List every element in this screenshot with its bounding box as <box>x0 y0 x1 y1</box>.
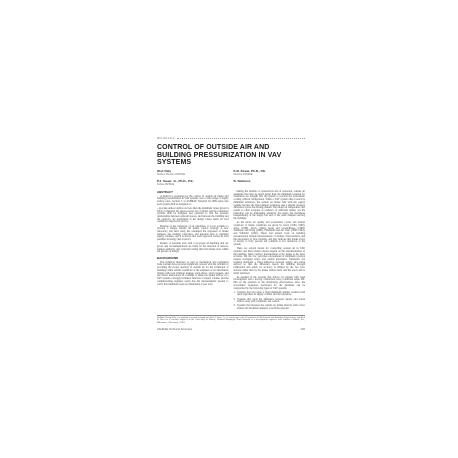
author-entry: W.H. Daly Student Member ASHRAE <box>157 170 229 176</box>
item-text: Systems that track the difference betwee… <box>237 299 305 304</box>
abstract-paragraph: Results of transient tests with a protot… <box>157 243 229 254</box>
footer-journal: ASHRAE Technical Seminars <box>157 328 192 331</box>
left-column: ABSTRACT A method is presented for the c… <box>157 191 229 312</box>
body-paragraph: As detailed in the sections that follow,… <box>234 277 306 291</box>
page-footer: ASHRAE Technical Seminars 425 <box>157 328 305 331</box>
page-number: 425 <box>301 328 305 331</box>
author-entry: P.J. Sauer, Jr., Ph.D., P.E. Fellow ASHR… <box>157 180 229 186</box>
author-affiliation: Member ASHRAE <box>234 174 306 177</box>
author-entry: K.R. Street, Ph.D., P.E. Member ASHRAE <box>234 170 306 176</box>
abstract-heading: ABSTRACT <box>157 191 229 194</box>
standard-quote: ...provide outdoor airflow not less than… <box>157 208 229 224</box>
body-paragraph: The technical literature as well as mech… <box>157 262 229 286</box>
paper-code-row: NO-94-13-1 <box>157 137 305 140</box>
abstract-paragraph: A method is presented for the control of… <box>157 196 229 207</box>
body-paragraph: As the urban air quality and economizer … <box>234 222 306 246</box>
body-paragraph: There are several means for controlling … <box>234 248 306 275</box>
item-number: 2. <box>234 299 236 304</box>
item-text: Systems that rely upon a fixed minimum d… <box>237 292 305 297</box>
abstract-paragraph: Because of the variations of air quantit… <box>157 226 229 242</box>
vav-system-list: 1. Systems that rely upon a fixed minimu… <box>234 292 306 311</box>
author-name: B. Stefanos <box>234 180 306 184</box>
right-column: During the months of construction and of… <box>234 191 306 312</box>
body-columns: ABSTRACT A method is presented for the c… <box>157 191 305 312</box>
page-title: CONTROL OF OUTSIDE AIR AND BUILDING PRES… <box>157 144 305 166</box>
body-paragraph: During the months of construction and of… <box>234 191 306 221</box>
numbered-item: 1. Systems that rely upon a fixed minimu… <box>234 292 306 297</box>
dotted-rule <box>177 138 305 139</box>
item-number: 3. <box>234 305 236 310</box>
author-entry: B. Stefanos <box>234 180 306 186</box>
numbered-item: 3. Systems that measure the outside air … <box>234 305 306 310</box>
item-number: 1. <box>234 292 236 297</box>
paper-page: NO-94-13-1 CONTROL OF OUTSIDE AIR AND BU… <box>157 137 305 331</box>
background-heading: BACKGROUND <box>157 257 229 260</box>
author-affiliation: Fellow ASHRAE <box>157 184 229 187</box>
author-affiliation: Student Member ASHRAE <box>157 174 229 177</box>
author-footnote: William Young Daly is a graduate researc… <box>157 315 305 325</box>
authors-block: W.H. Daly Student Member ASHRAE K.R. Str… <box>157 170 305 186</box>
paper-code: NO-94-13-1 <box>157 137 175 140</box>
item-text: Systems that measure the outside air int… <box>237 305 305 310</box>
numbered-item: 2. Systems that track the difference bet… <box>234 299 306 304</box>
